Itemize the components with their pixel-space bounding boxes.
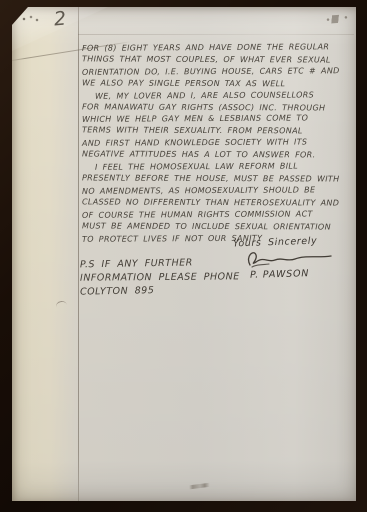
bottom-smudge xyxy=(188,483,212,490)
body-line: WE ALSO PAY SINGLE PERSON TAX AS WELL xyxy=(82,77,352,90)
pencil-smudge-top-right xyxy=(324,14,350,24)
body-line: NO AMENDMENTS, AS HOMOSEXUALITY SHOULD B… xyxy=(82,184,352,198)
scanner-background: 2 FOR (8) EIGHT YEARS AND HAVE DONE THE … xyxy=(0,0,367,512)
signature-name: P. PAWSON xyxy=(250,268,310,281)
body-line: CLASSED NO DIFFERENTLY THAN HETEROSEXUAL… xyxy=(82,196,352,209)
stray-pencil-curve xyxy=(55,300,68,312)
horizontal-crease-line xyxy=(78,34,354,35)
page-number: 2 xyxy=(53,8,67,31)
ruled-margin-line xyxy=(78,7,79,501)
postscript-line: P.S IF ANY FURTHER xyxy=(80,256,240,272)
pencil-smudge-top-left xyxy=(22,15,40,23)
letter-body-text: FOR (8) EIGHT YEARS AND HAVE DONE THE RE… xyxy=(82,42,352,244)
postscript-block: P.S IF ANY FURTHER INFORMATION PLEASE PH… xyxy=(80,257,240,298)
letter-page: 2 FOR (8) EIGHT YEARS AND HAVE DONE THE … xyxy=(12,7,356,501)
body-line: ORIENTATION DO, I.E. BUYING HOUSE, CARS … xyxy=(82,65,352,79)
body-line: WE, MY LOVER AND I, ARE ALSO COUNSELLORS xyxy=(82,89,352,103)
body-line: OF COURSE THE HUMAN RIGHTS COMMISSION AC… xyxy=(82,208,352,222)
postscript-line: COLYTON 895 xyxy=(80,282,240,299)
body-line: MUST BE AMENDED TO INCLUDE SEXUAL ORIENT… xyxy=(82,220,352,233)
